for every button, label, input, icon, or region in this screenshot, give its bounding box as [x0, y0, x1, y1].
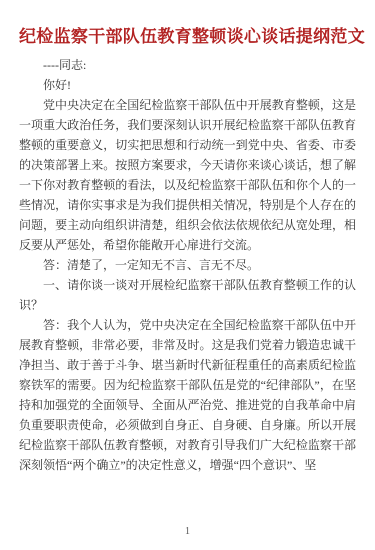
document-title: 纪检监察干部队伍教育整顿谈心谈话提纲范文 — [19, 26, 356, 49]
salutation-line: ----同志: — [19, 55, 356, 75]
greeting-line: 你好! — [19, 75, 356, 95]
paragraph-answer-2: 答：我个人认为，党中央决定在全国纪检监察干部队伍中开展教育整顿，非常必要，非常及… — [19, 315, 356, 475]
page-number: 1 — [0, 526, 375, 537]
paragraph-answer-1: 答：清楚了，一定知无不言、言无不尽。 — [19, 255, 356, 275]
paragraph-intro: 党中央决定在全国纪检监察干部队伍中开展教育整顿，这是一项重大政治任务，我们要深刻… — [19, 95, 356, 255]
paragraph-question-1: 一、请你谈一谈对开展检纪监察干部队伍教育整顿工作的认识？ — [19, 275, 356, 315]
document-page: 纪检监察干部队伍教育整顿谈心谈话提纲范文 ----同志: 你好! 党中央决定在全… — [0, 0, 375, 550]
